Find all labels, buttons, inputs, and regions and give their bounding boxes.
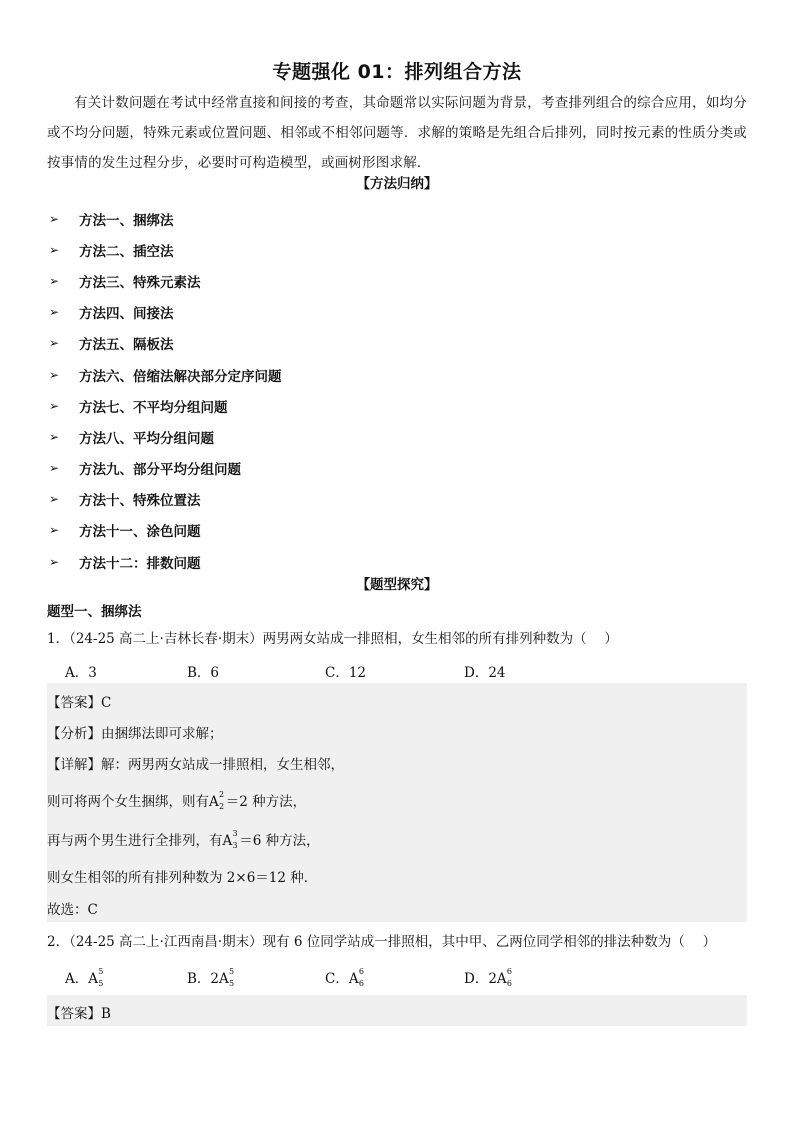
method-label: 方法七、不平均分组问题: [79, 396, 228, 416]
page-title: 专题强化 01：排列组合方法: [47, 57, 747, 84]
arrow-bullet-icon: ➢: [47, 212, 79, 226]
types-section-header: 【题型探究】: [47, 573, 747, 593]
method-label: 方法八、平均分组问题: [79, 427, 214, 447]
method-label: 方法三、特殊元素法: [79, 271, 201, 291]
method-item: ➢方法三、特殊元素法: [47, 265, 747, 296]
method-item: ➢方法四、间接法: [47, 297, 747, 328]
method-label: 方法九、部分平均分组问题: [79, 458, 241, 478]
q1-detail: 【详解】解：两男两女站成一排照相，女生相邻，: [47, 753, 344, 773]
method-item: ➢方法十、特殊位置法: [47, 484, 747, 515]
q2-option-b: B．2A55: [187, 967, 236, 987]
q1-option-d: D．24: [464, 661, 506, 681]
method-item: ➢方法九、部分平均分组问题: [47, 453, 747, 484]
q2-option-c: C．A66: [325, 967, 366, 987]
q2-option-a: A．A55: [65, 967, 105, 987]
method-item: ➢方法十一、涂色问题: [47, 515, 747, 546]
method-label: 方法一、捆绑法: [79, 209, 174, 229]
method-label: 方法十一、涂色问题: [79, 520, 201, 540]
method-item: ➢方法二、插空法: [47, 234, 747, 265]
arrow-bullet-icon: ➢: [47, 523, 79, 537]
permutation-symbol: A22: [209, 794, 226, 810]
intro-paragraph: 有关计数问题在考试中经常直接和间接的考查，其命题常以实际问题为背景，考查排列组合…: [47, 88, 747, 178]
q1-option-b: B．6: [187, 661, 219, 681]
method-label: 方法六、倍缩法解决部分定序问题: [79, 365, 282, 385]
method-label: 方法四、间接法: [79, 302, 174, 322]
question-1-stem: 1．（24-25 高二上·吉林长春·期末）两男两女站成一排照相，女生相邻的所有排…: [47, 627, 747, 647]
method-label: 方法十、特殊位置法: [79, 489, 201, 509]
q1-step-1: 则可将两个女生捆绑，则有A22＝2 种方法，: [47, 790, 306, 810]
question-1-solution-box: 【答案】C 【分析】由捆绑法即可求解； 【详解】解：两男两女站成一排照相，女生相…: [47, 683, 747, 922]
q1-step-3: 则女生相邻的所有排列种数为 2×6＝12 种．: [47, 866, 317, 886]
method-item: ➢方法一、捆绑法: [47, 203, 747, 234]
arrow-bullet-icon: ➢: [47, 461, 79, 475]
arrow-bullet-icon: ➢: [47, 430, 79, 444]
method-label: 方法五、隔板法: [79, 333, 174, 353]
question-2-solution-box: 【答案】B: [47, 995, 747, 1026]
q1-answer: 【答案】C: [47, 691, 111, 711]
method-item: ➢方法八、平均分组问题: [47, 421, 747, 452]
q2-answer: 【答案】B: [47, 1002, 111, 1022]
arrow-bullet-icon: ➢: [47, 399, 79, 413]
q1-step-2: 再与两个男生进行全排列，有A33＝6 种方法，: [47, 829, 320, 849]
arrow-bullet-icon: ➢: [47, 336, 79, 350]
q1-conclusion: 故选：C: [47, 898, 98, 918]
method-label: 方法二、插空法: [79, 240, 174, 260]
permutation-symbol: A33: [223, 833, 240, 849]
arrow-bullet-icon: ➢: [47, 555, 79, 569]
arrow-bullet-icon: ➢: [47, 243, 79, 257]
q1-option-c: C．12: [325, 661, 366, 681]
method-item: ➢方法五、隔板法: [47, 328, 747, 359]
q1-analysis: 【分析】由捆绑法即可求解；: [47, 722, 223, 742]
methods-section-header: 【方法归纳】: [47, 172, 747, 192]
arrow-bullet-icon: ➢: [47, 274, 79, 288]
method-label: 方法十二：排数问题: [79, 552, 201, 572]
arrow-bullet-icon: ➢: [47, 492, 79, 506]
methods-list: ➢方法一、捆绑法➢方法二、插空法➢方法三、特殊元素法➢方法四、间接法➢方法五、隔…: [47, 203, 747, 577]
q1-option-a: A．3: [65, 661, 97, 681]
type1-heading: 题型一、捆绑法: [47, 600, 142, 620]
question-2-stem: 2．（24-25 高二上·江西南昌·期末）现有 6 位同学站成一排照相，其中甲、…: [47, 930, 747, 950]
arrow-bullet-icon: ➢: [47, 368, 79, 382]
method-item: ➢方法六、倍缩法解决部分定序问题: [47, 359, 747, 390]
q2-option-d: D．2A66: [464, 967, 514, 987]
method-item: ➢方法七、不平均分组问题: [47, 390, 747, 421]
arrow-bullet-icon: ➢: [47, 305, 79, 319]
